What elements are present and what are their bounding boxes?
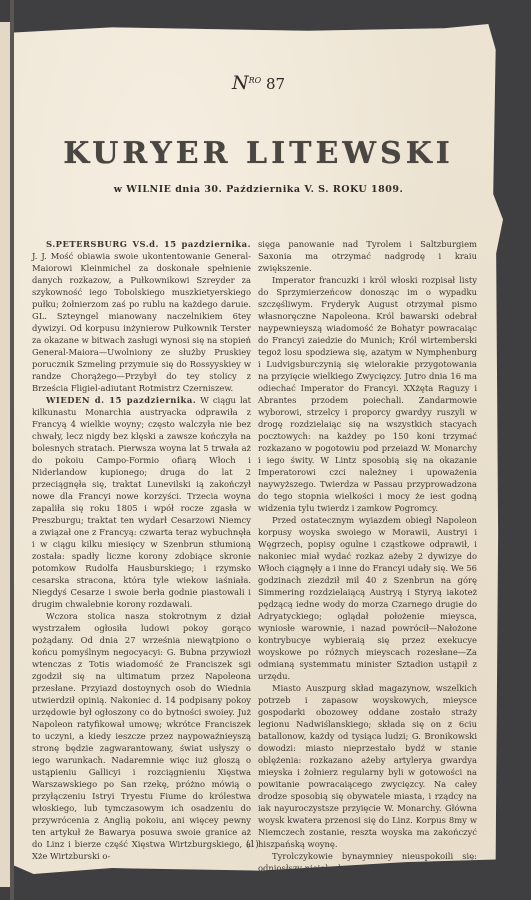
number-suffix: RO [249,76,262,85]
number-prefix: N [232,72,249,94]
article-paragraph: Przed ostatecznym wyiazdem obiegł Napole… [258,514,477,682]
number-value: 87 [266,75,285,93]
adjacent-page-edge [0,22,10,887]
article-petersburg: S.PETERSBURG VS.d. 15 pazdziernika. J. J… [32,238,251,394]
article-body: Miasto Auszpurg skład magazynow, wszelki… [258,683,477,849]
article-paragraph: Miasto Auszpurg skład magazynow, wszelki… [258,682,477,850]
issue-number: NRO 87 [14,72,503,94]
article-paragraph: Imperator francuzki i król włoski rozpis… [258,274,477,514]
article-heading: S.PETERSBURG VS.d. 15 pazdziernika. [46,239,251,249]
article-body: Imperator francuzki i król włoski rozpis… [258,275,477,513]
article-heading: WIEDEN d. 15 pazdziernika. [46,395,196,405]
article-body: Przed ostatecznym wyiazdem obiegł Napole… [258,515,477,681]
article-wieden: WIEDEN d. 15 pazdziernika. W ciągu lat k… [32,394,251,610]
right-column: sięga panowanie nad Tyrolem i Saltzburgi… [258,238,477,874]
book-gutter [10,0,14,900]
article-body: Tyrolczykowie bynaymniey nieuspokoili si… [258,851,477,873]
article-paragraph: Tyrolczykowie bynaymniey nieuspokoili si… [258,850,477,874]
dateline: w WILNIE dnia 30. Października V. S. ROK… [14,184,503,195]
newspaper-title: KURYER LITEWSKI [14,136,503,171]
article-body: W ciągu lat kilkunastu Monarchia austrya… [32,395,251,609]
page-number: (1) [246,840,259,850]
newspaper-page: NRO 87 KURYER LITEWSKI w WILNIE dnia 30.… [14,24,503,874]
article-paragraph: Wczora stolica nasza stokrotnym z dział … [32,610,251,862]
article-body: Wczora stolica nasza stokrotnym z dział … [32,611,251,861]
article-body: sięga panowanie nad Tyrolem i Saltzburgi… [258,239,477,273]
left-column: S.PETERSBURG VS.d. 15 pazdziernika. J. J… [32,238,251,862]
article-body: J. J. Mość obiawia swoie ukontentowanie … [32,251,251,393]
article-paragraph: sięga panowanie nad Tyrolem i Saltzburgi… [258,238,477,274]
